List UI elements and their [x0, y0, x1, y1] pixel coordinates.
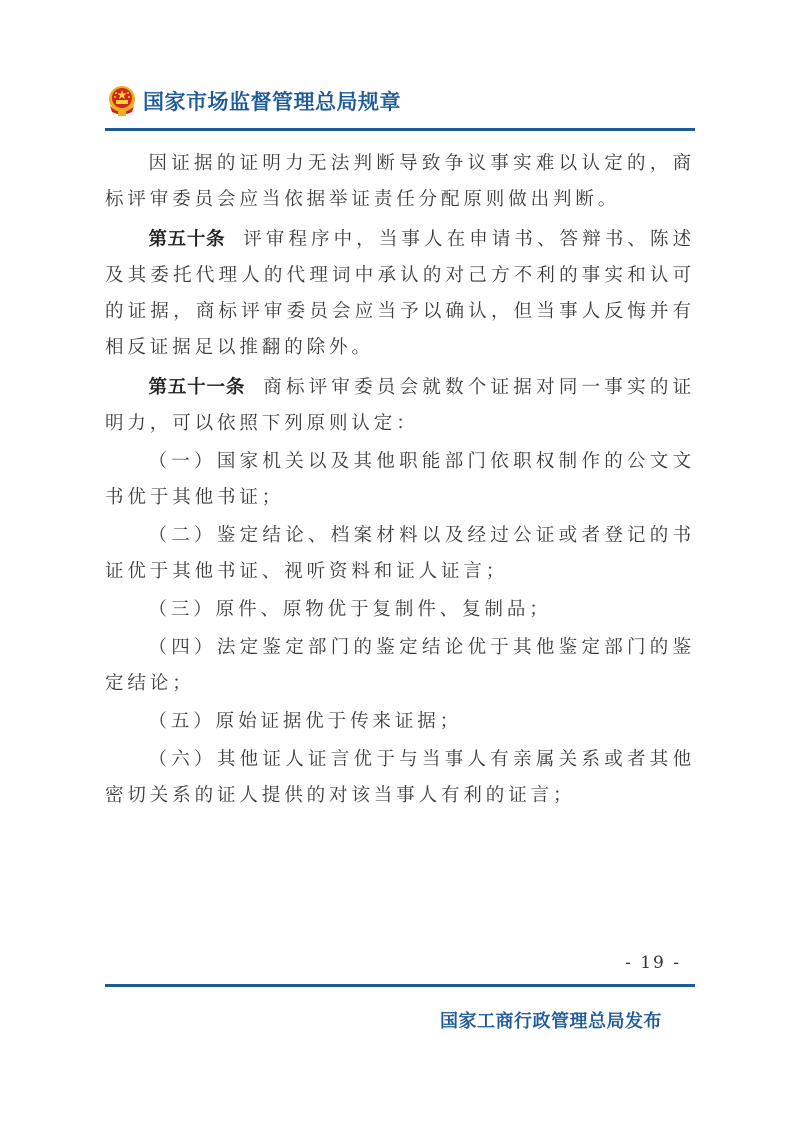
header-title: 国家市场监督管理总局规章 — [143, 86, 401, 116]
list-item-3: （三）原件、原物优于复制件、复制品； — [105, 592, 695, 628]
national-emblem-icon — [105, 84, 139, 118]
page-number: - 19 - — [625, 953, 681, 973]
list-item-4: （四）法定鉴定部门的鉴定结论优于其他鉴定部门的鉴定结论； — [105, 630, 695, 702]
paragraph: 因证据的证明力无法判断导致争议事实难以认定的，商标评审委员会应当依据举证责任分配… — [105, 146, 695, 218]
footer-divider — [105, 984, 695, 987]
article-50: 第五十条评审程序中，当事人在申请书、答辩书、陈述及其委托代理人的代理词中承认的对… — [105, 222, 695, 366]
list-item-1: （一）国家机关以及其他职能部门依职权制作的公文文书优于其他书证； — [105, 444, 695, 516]
article-number: 第五十条 — [148, 229, 225, 250]
list-item-6: （六）其他证人证言优于与当事人有亲属关系或者其他密切关系的证人提供的对该当事人有… — [105, 742, 695, 814]
list-item-2: （二）鉴定结论、档案材料以及经过公证或者登记的书证优于其他书证、视听资料和证人证… — [105, 518, 695, 590]
footer-publisher: 国家工商行政管理总局发布 — [440, 1007, 662, 1033]
list-item-5: （五）原始证据优于传来证据； — [105, 704, 695, 740]
header-divider — [105, 128, 695, 131]
article-number: 第五十一条 — [148, 377, 245, 398]
article-51: 第五十一条商标评审委员会就数个证据对同一事实的证明力，可以依照下列原则认定： — [105, 370, 695, 442]
document-body: 因证据的证明力无法判断导致争议事实难以认定的，商标评审委员会应当依据举证责任分配… — [105, 146, 695, 814]
page-header: 国家市场监督管理总局规章 — [105, 84, 401, 118]
